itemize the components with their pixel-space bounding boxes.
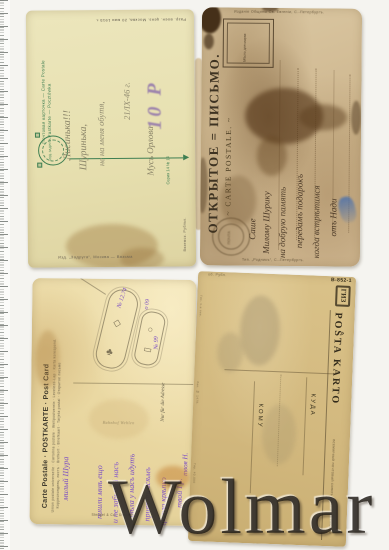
card1-handwriting-line: 21/IX-46 г. bbox=[123, 82, 132, 120]
card1-handwriting-line: не на меня обутя, bbox=[97, 101, 106, 166]
card4-address-line bbox=[302, 377, 307, 475]
card3-divider-line bbox=[73, 383, 193, 385]
pencil-stroke bbox=[77, 278, 106, 295]
card4-title: POŜTA KARTO bbox=[329, 312, 343, 405]
card4-edge-imprint: Зак. № 1478. bbox=[195, 381, 199, 405]
emblem-square-bottom bbox=[37, 163, 42, 168]
stamp-box-inner bbox=[227, 23, 270, 64]
card1-side-imprint: Вяземск. Рубльк. bbox=[184, 217, 188, 251]
card1-handwriting-line: Шуринька, bbox=[79, 124, 89, 170]
card2-handwriting-line: передамъ подарокъ bbox=[295, 174, 305, 248]
postcard-top-left: Разр. воен. ценз. Москва, 20 мая 1915 г.… bbox=[26, 9, 196, 267]
card4-code: В-852-1 bbox=[331, 278, 352, 284]
card2-handwriting-line: Милому Шурику bbox=[262, 191, 272, 254]
card1-series: Серия 14 № 14 bbox=[166, 156, 170, 184]
pencil-doodle-banner: ◇ ♣ bbox=[93, 287, 141, 372]
stain bbox=[89, 399, 149, 440]
ruler bbox=[0, 0, 10, 550]
pencil-smudge bbox=[216, 332, 244, 373]
stain bbox=[257, 136, 287, 176]
stain bbox=[299, 104, 347, 130]
card2-handwriting-line: на добрую память bbox=[278, 187, 288, 258]
card2-bottom-imprint: Тип. „Родникъ“, С.-Петербургъ. bbox=[242, 259, 304, 263]
divider-arrow-icon bbox=[183, 154, 189, 160]
edge-wear bbox=[351, 101, 361, 135]
postcard-top-right: Изданіе Общины Св. Евгеніи, С.-Петербург… bbox=[200, 7, 362, 266]
card1-handwriting-line: Лисинька!!! bbox=[63, 110, 73, 160]
pencil-smudge bbox=[239, 295, 282, 366]
card3-purple-mark: № 99 bbox=[154, 336, 160, 349]
card1-top-imprint: Разр. воен. ценз. Москва, 20 мая 1915 г. bbox=[95, 17, 186, 22]
card2-stampbox-text: Мѣсто для марки bbox=[244, 34, 248, 62]
pencil-smudge bbox=[261, 404, 297, 465]
card2-handwriting-line: когда встрѣтимся bbox=[312, 185, 322, 258]
card1-handwriting-line: Мусь Орлова bbox=[146, 126, 155, 175]
card2-title: ОТКРЫТОЕ = ПИСЬМО. bbox=[206, 53, 221, 234]
doodle-square-icon: ▭ bbox=[142, 344, 153, 356]
pencil-doodle-banner: ○ ▭ bbox=[133, 310, 167, 368]
emblem-square-top bbox=[35, 133, 40, 138]
corner-wear bbox=[204, 33, 214, 49]
giz-logo-icon: ГИЗ bbox=[335, 285, 351, 307]
blue-pen-mark bbox=[337, 195, 359, 224]
card4-edge-imprint: Гиз. 1-я тип. bbox=[198, 295, 202, 317]
card4-kuda-label: КУДА bbox=[309, 393, 316, 416]
giz-logo-text: ГИЗ bbox=[339, 289, 347, 303]
card1-header-line2: Pastkarte — Pocztówka bbox=[48, 83, 53, 137]
corner-wear bbox=[200, 7, 221, 33]
card2-handwriting-line: отъ Нади bbox=[329, 198, 338, 236]
card1-bottom-imprint: Изд. „Задруга“, Москва — Вязьма bbox=[58, 255, 133, 260]
card1-price-handstamp: 10 Р bbox=[144, 80, 164, 129]
card1-emblem-text: ИЗД. ЗАДРУГА bbox=[49, 138, 52, 160]
card3-handwriting-line: пишли мнѣ ещо bbox=[96, 465, 105, 519]
stamp-box: Мѣсто для марки bbox=[223, 18, 274, 67]
card4-top-imprint: об. Рубл. bbox=[208, 273, 227, 277]
emblem-inner-ring bbox=[42, 139, 64, 161]
watermark: Wolmar bbox=[108, 468, 375, 546]
card2-postmark-text: ПОЧТА bbox=[227, 231, 231, 245]
doodle-circle-icon: ○ bbox=[147, 324, 154, 335]
doodle-club-icon: ♣ bbox=[105, 346, 114, 358]
card3-adresse-note: Nur für die Adresse bbox=[161, 383, 166, 422]
card2-top-imprint: Изданіе Общины Св. Евгеніи, С.-Петербург… bbox=[234, 11, 324, 15]
card3-purple-mark: о 09 bbox=[144, 299, 152, 310]
card3-handwriting-line: милый Шура bbox=[62, 457, 71, 501]
doodle-diamond-icon: ◇ bbox=[112, 317, 122, 330]
